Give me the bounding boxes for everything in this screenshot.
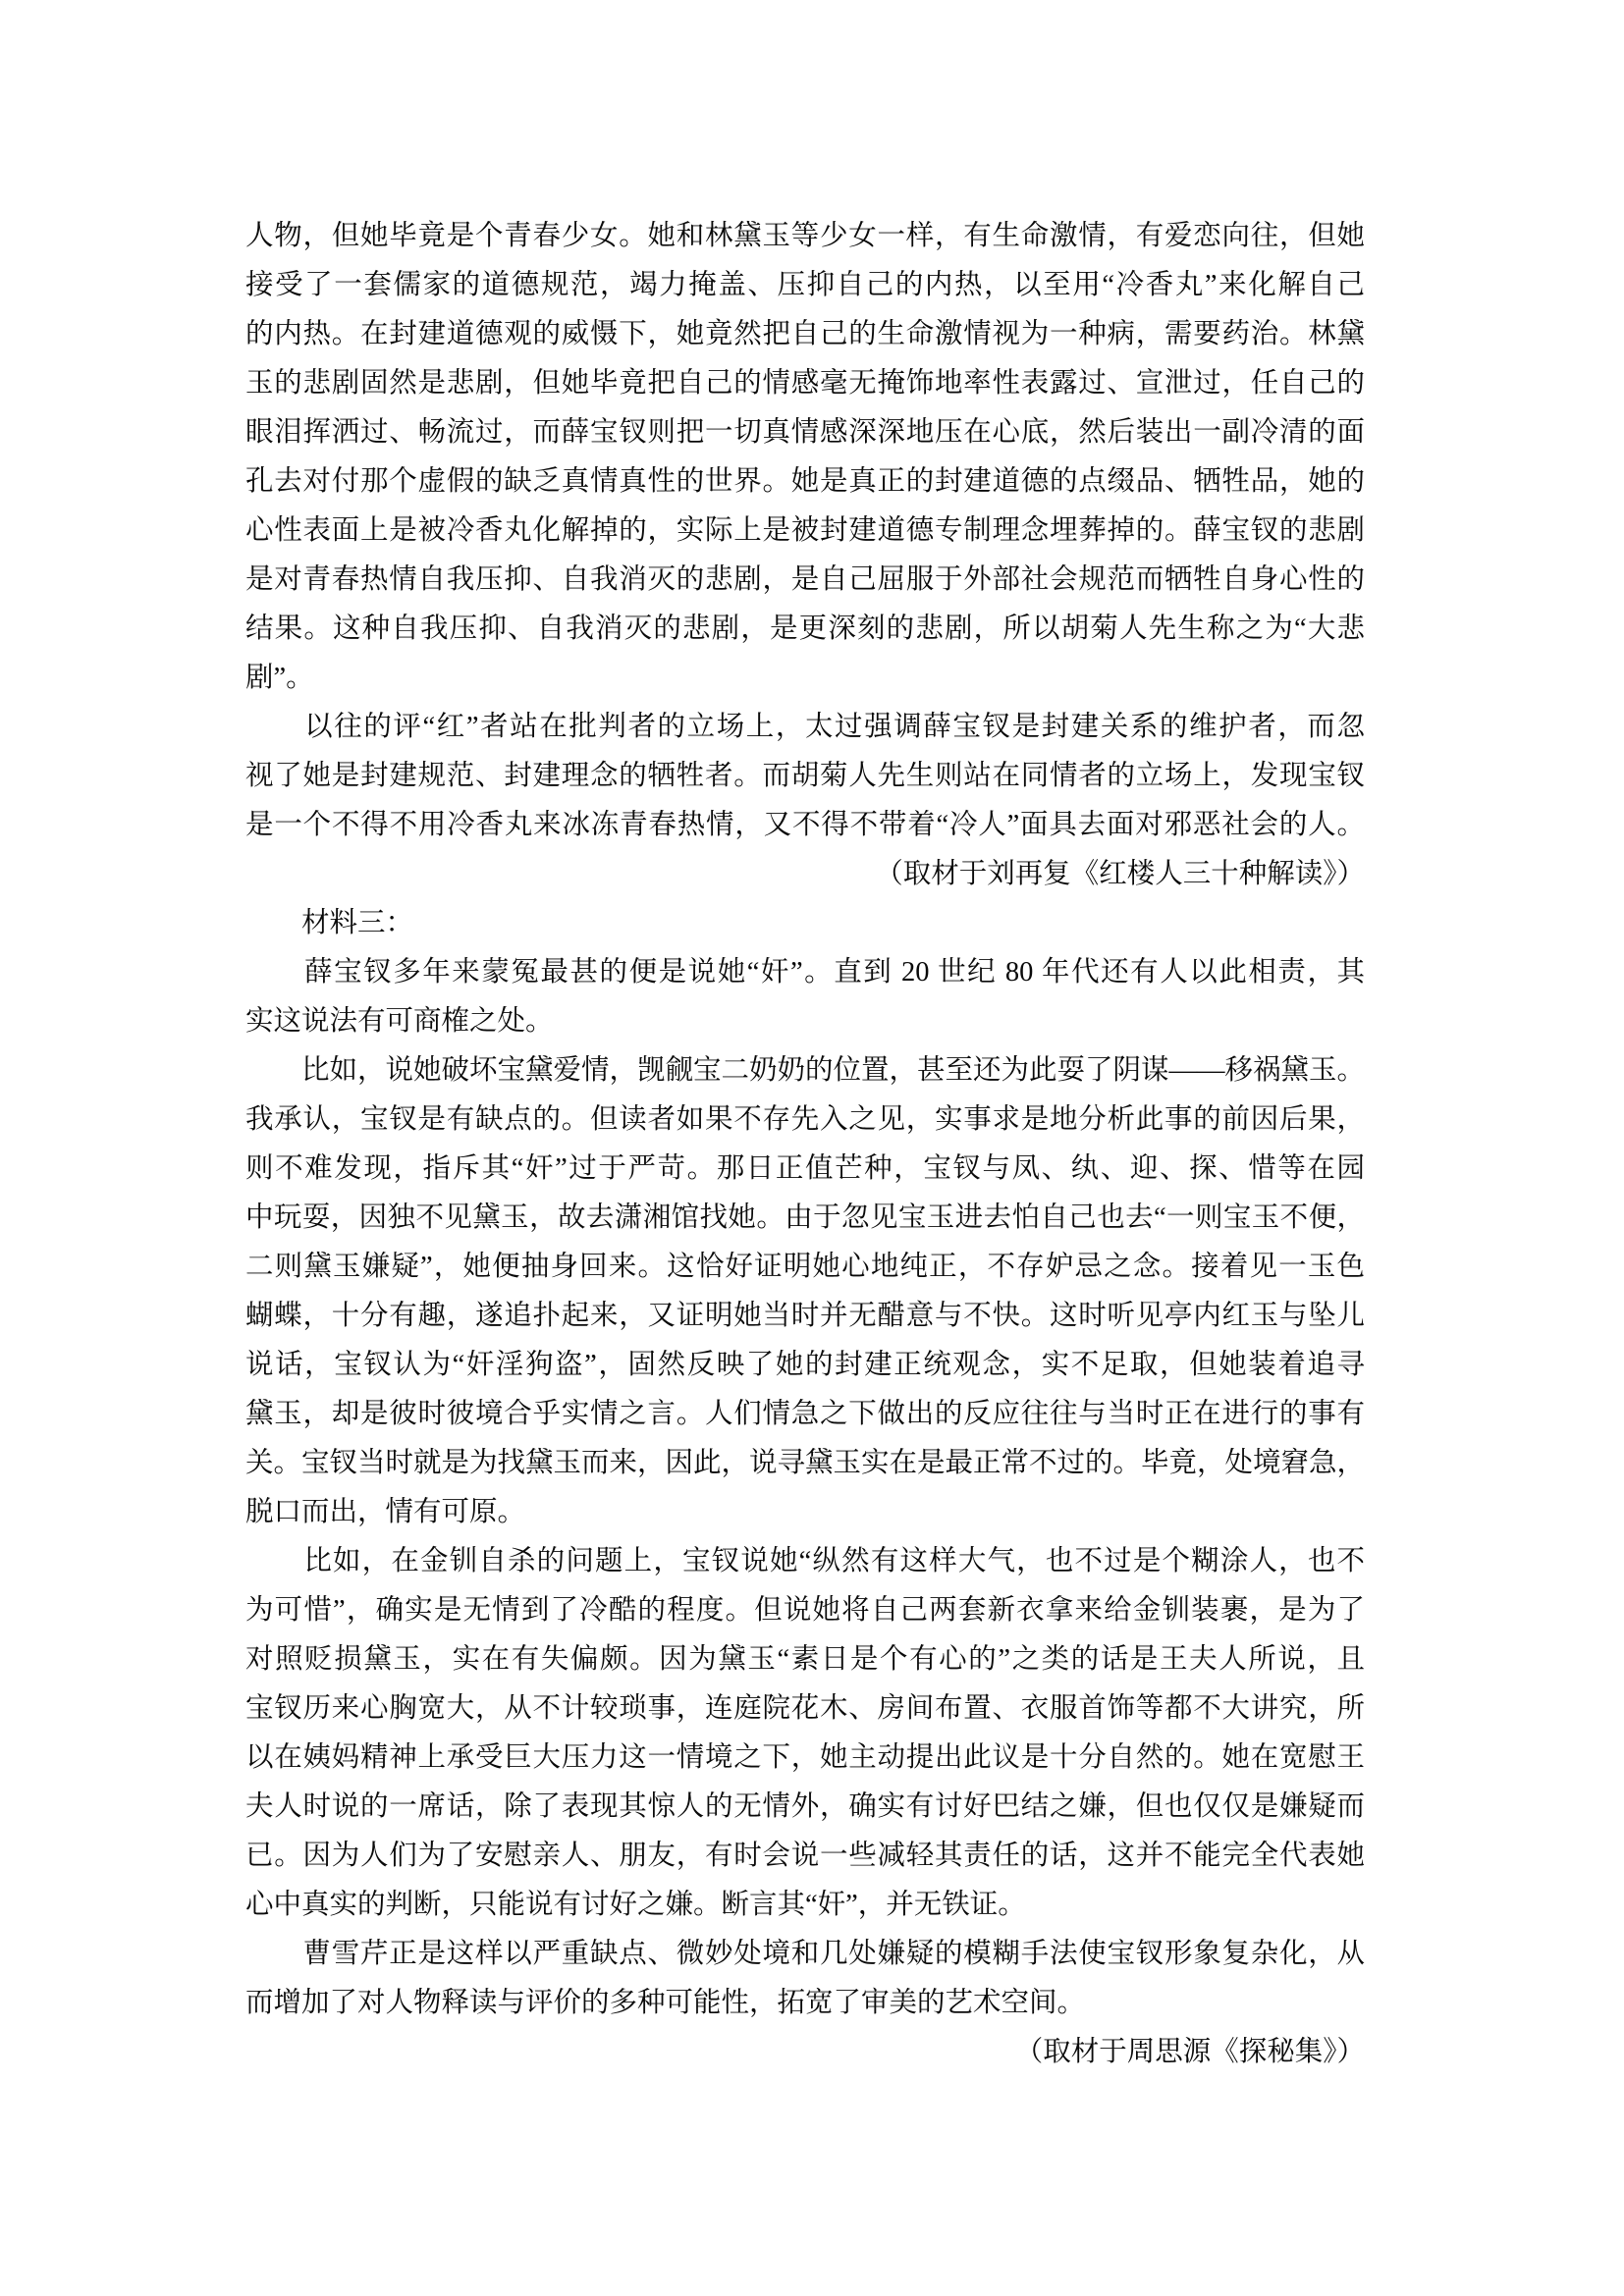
text-line: 人物，但她毕竟是个青春少女。她和林黛玉等少女一样，有生命激情，有爱恋向往，但她 — [245, 212, 1365, 261]
text-line: 脱口而出，情有可原。 — [245, 1488, 1365, 1537]
material3-paragraph-3: 比如，在金钏自杀的问题上，宝钗说她“纵然有这样大气，也不过是个糊涂人，也不为可惜… — [245, 1537, 1365, 1930]
text-line: 二则黛玉嫌疑”，她便抽身回来。这恰好证明她心地纯正，不存妒忌之念。接着见一玉色 — [245, 1243, 1365, 1292]
source-citation-line: （取材于周思源《探秘集》） — [245, 2028, 1365, 2077]
text-line: 说话，宝钗认为“奸淫狗盗”，固然反映了她的封建正统观念，实不足取，但她装着追寻 — [245, 1341, 1365, 1390]
text-line: 而增加了对人物释读与评价的多种可能性，拓宽了审美的艺术空间。 — [245, 1979, 1365, 2028]
text-line: 则不难发现，指斥其“奸”过于严苛。那日正值芒种，宝钗与凤、纨、迎、探、惜等在园 — [245, 1145, 1365, 1194]
text-line: 中玩耍，因独不见黛玉，故去潇湘馆找她。由于忽见宝玉进去怕自己也去“一则宝玉不便， — [245, 1194, 1365, 1243]
document-page: 人物，但她毕竟是个青春少女。她和林黛玉等少女一样，有生命激情，有爱恋向往，但她接… — [0, 0, 1624, 2296]
document-body: 人物，但她毕竟是个青春少女。她和林黛玉等少女一样，有生命激情，有爱恋向往，但她接… — [245, 212, 1365, 2077]
source-citation-line: （取材于刘再复《红楼人三十种解读》） — [245, 850, 1365, 899]
text-line: 以往的评“红”者站在批判者的立场上，太过强调薛宝钗是封建关系的维护者，而忽 — [245, 703, 1365, 752]
text-line: 孔去对付那个虚假的缺乏真情真性的世界。她是真正的封建道德的点缀品、牺牲品，她的 — [245, 457, 1365, 507]
material2-source-citation: （取材于刘再复《红楼人三十种解读》） — [245, 850, 1365, 899]
material3-paragraph-1: 薛宝钗多年来蒙冤最甚的便是说她“奸”。直到 20 世纪 80 年代还有人以此相责… — [245, 948, 1365, 1046]
text-line: 眼泪挥洒过、畅流过，而薛宝钗则把一切真情感深深地压在心底，然后装出一副冷清的面 — [245, 408, 1365, 457]
text-line: 心中真实的判断，只能说有讨好之嫌。断言其“奸”，并无铁证。 — [245, 1881, 1365, 1930]
text-line: 蝴蝶，十分有趣，遂追扑起来，又证明她当时并无醋意与不快。这时听见亭内红玉与坠儿 — [245, 1292, 1365, 1341]
material2-paragraph-2: 以往的评“红”者站在批判者的立场上，太过强调薛宝钗是封建关系的维护者，而忽视了她… — [245, 703, 1365, 850]
text-line: 结果。这种自我压抑、自我消灭的悲剧，是更深刻的悲剧，所以胡菊人先生称之为“大悲 — [245, 605, 1365, 654]
text-line: 关。宝钗当时就是为找黛玉而来，因此，说寻黛玉实在是最正常不过的。毕竟，处境窘急， — [245, 1439, 1365, 1488]
material3-source-citation: （取材于周思源《探秘集》） — [245, 2028, 1365, 2077]
text-line: 以在姨妈精神上承受巨大压力这一情境之下，她主动提出此议是十分自然的。她在宽慰王 — [245, 1734, 1365, 1783]
text-line: 宝钗历来心胸宽大，从不计较琐事，连庭院花木、房间布置、衣服首饰等都不大讲究，所 — [245, 1684, 1365, 1734]
text-line: 视了她是封建规范、封建理念的牺牲者。而胡菊人先生则站在同情者的立场上，发现宝钗 — [245, 752, 1365, 801]
material3-heading: 材料三： — [245, 899, 1365, 948]
text-line: 比如，在金钏自杀的问题上，宝钗说她“纵然有这样大气，也不过是个糊涂人，也不 — [245, 1537, 1365, 1586]
text-line: 玉的悲剧固然是悲剧，但她毕竟把自己的情感毫无掩饰地率性表露过、宣泄过，任自己的 — [245, 359, 1365, 408]
material2-paragraph-continuation: 人物，但她毕竟是个青春少女。她和林黛玉等少女一样，有生命激情，有爱恋向往，但她接… — [245, 212, 1365, 703]
text-line: 对照贬损黛玉，实在有失偏颇。因为黛玉“素日是个有心的”之类的话是王夫人所说，且 — [245, 1635, 1365, 1684]
text-line: 实这说法有可商榷之处。 — [245, 997, 1365, 1046]
text-line: 的内热。在封建道德观的威慑下，她竟然把自己的生命激情视为一种病，需要药治。林黛 — [245, 310, 1365, 359]
text-line: 为可惜”，确实是无情到了冷酷的程度。但说她将自己两套新衣拿来给金钏装裹，是为了 — [245, 1586, 1365, 1635]
text-line: 夫人时说的一席话，除了表现其惊人的无情外，确实有讨好巴结之嫌，但也仅仅是嫌疑而 — [245, 1783, 1365, 1832]
material3-paragraph-4: 曹雪芹正是这样以严重缺点、微妙处境和几处嫌疑的模糊手法使宝钗形象复杂化，从而增加… — [245, 1930, 1365, 2028]
text-line: 剧”。 — [245, 654, 1365, 703]
text-line: 接受了一套儒家的道德规范，竭力掩盖、压抑自己的内热，以至用“冷香丸”来化解自己 — [245, 261, 1365, 310]
text-line: 是对青春热情自我压抑、自我消灭的悲剧，是自己屈服于外部社会规范而牺牲自身心性的 — [245, 556, 1365, 605]
text-line: 我承认，宝钗是有缺点的。但读者如果不存先入之见，实事求是地分析此事的前因后果， — [245, 1095, 1365, 1145]
text-line: 薛宝钗多年来蒙冤最甚的便是说她“奸”。直到 20 世纪 80 年代还有人以此相责… — [245, 948, 1365, 997]
text-line: 心性表面上是被冷香丸化解掉的，实际上是被封建道德专制理念埋葬掉的。薛宝钗的悲剧 — [245, 507, 1365, 556]
text-line: 黛玉，却是彼时彼境合乎实情之言。人们情急之下做出的反应往往与当时正在进行的事有 — [245, 1390, 1365, 1439]
text-line: 是一个不得不用冷香丸来冰冻青春热情，又不得不带着“冷人”面具去面对邪恶社会的人。 — [245, 801, 1365, 850]
text-line: 比如，说她破坏宝黛爱情，觊觎宝二奶奶的位置，甚至还为此耍了阴谋——移祸黛玉。 — [245, 1046, 1365, 1095]
material3-paragraph-2: 比如，说她破坏宝黛爱情，觊觎宝二奶奶的位置，甚至还为此耍了阴谋——移祸黛玉。我承… — [245, 1046, 1365, 1537]
text-line: 材料三： — [245, 899, 1365, 948]
text-line: 曹雪芹正是这样以严重缺点、微妙处境和几处嫌疑的模糊手法使宝钗形象复杂化，从 — [245, 1930, 1365, 1979]
text-line: 已。因为人们为了安慰亲人、朋友，有时会说一些减轻其责任的话，这并不能完全代表她 — [245, 1832, 1365, 1881]
